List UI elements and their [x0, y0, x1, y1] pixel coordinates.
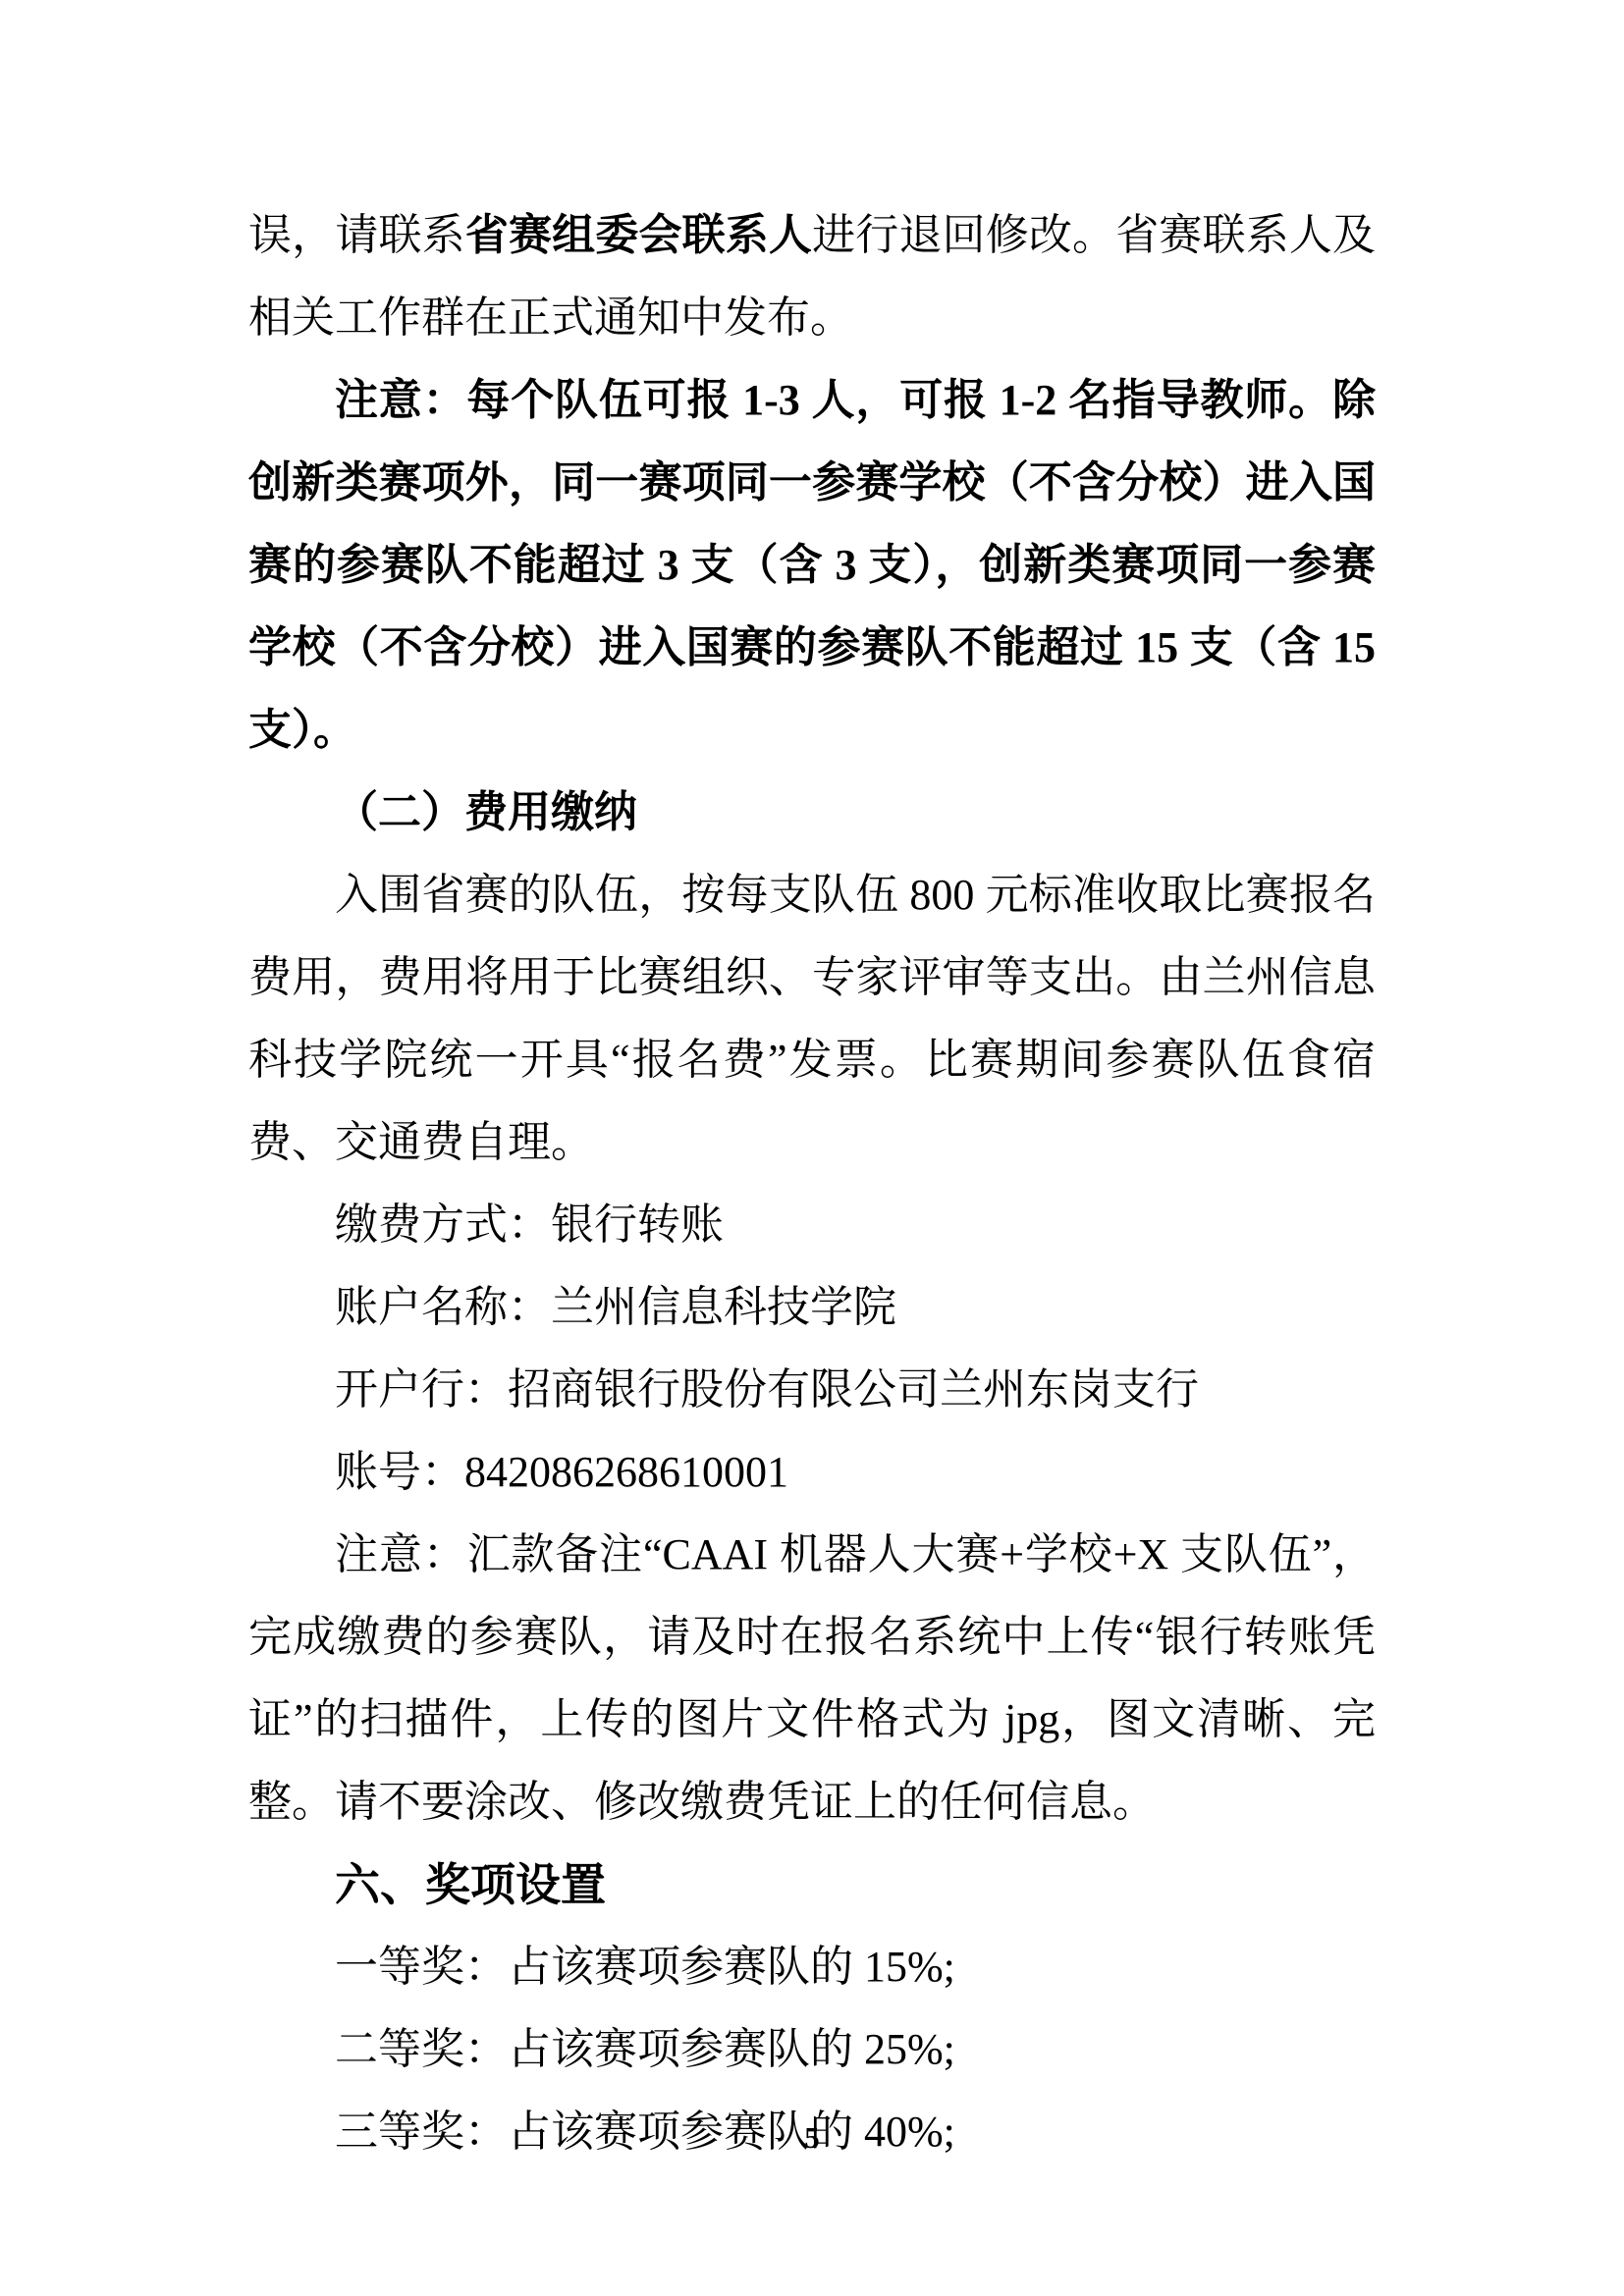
line-award-first-prize: 一等奖：占该赛项参赛队的 15%; [248, 1926, 1376, 2008]
line-account-name: 账户名称：兰州信息科技学院 [248, 1266, 1376, 1349]
page-number: 5 [248, 2118, 1376, 2158]
line-account-number: 账号：842086268610001 [248, 1431, 1376, 1514]
line-award-second-prize: 二等奖：占该赛项参赛队的 25%; [248, 2008, 1376, 2091]
line-bank-branch: 开户行：招商银行股份有限公司兰州东岗支行 [248, 1349, 1376, 1431]
paragraph-contact: 误，请联系省赛组委会联系人进行退回修改。省赛联系人及相关工作群在正式通知中发布。 [248, 194, 1376, 359]
contact-bold-run: 省赛组委会联系人 [465, 211, 812, 259]
heading-awards-setup: 六、奖项设置 [248, 1843, 1376, 1926]
document-body: 误，请联系省赛组委会联系人进行退回修改。省赛联系人及相关工作群在正式通知中发布。… [248, 194, 1376, 2173]
document-page: 误，请联系省赛组委会联系人进行退回修改。省赛联系人及相关工作群在正式通知中发布。… [0, 0, 1624, 2296]
contact-text-before: 误，请联系 [248, 211, 465, 259]
heading-fee-payment: （二）费用缴纳 [248, 772, 1376, 854]
paragraph-fee-details: 入围省赛的队伍，按每支队伍 800 元标准收取比赛报名费用，费用将用于比赛组织、… [248, 854, 1376, 1184]
paragraph-team-limit-notice: 注意：每个队伍可报 1-3 人，可报 1-2 名指导教师。除创新类赛项外，同一赛… [248, 359, 1376, 772]
line-payment-method: 缴费方式：银行转账 [248, 1184, 1376, 1266]
paragraph-remittance-notice: 注意：汇款备注“CAAI 机器人大赛+学校+X 支队伍”，完成缴费的参赛队，请及… [248, 1514, 1376, 1843]
